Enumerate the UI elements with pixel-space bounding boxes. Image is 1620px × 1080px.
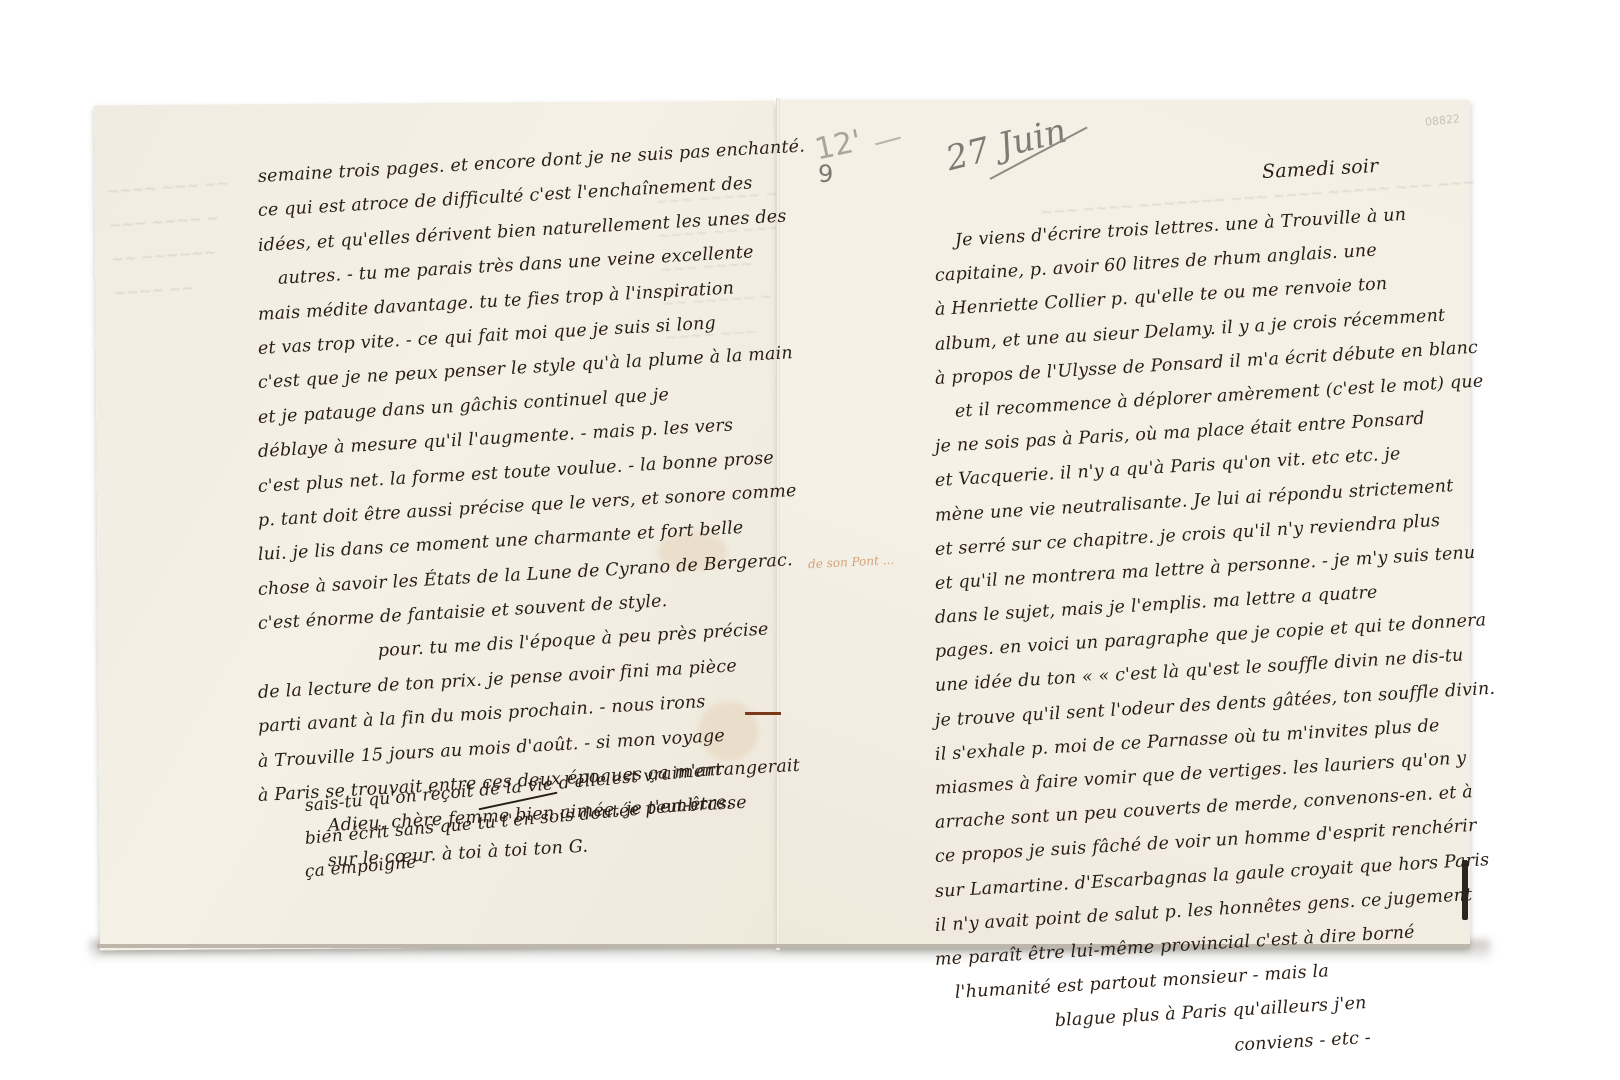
right-page-text: Je viens d'écrire trois lettres. une à T… (935, 225, 1496, 1080)
photo-stage: ~~~~ ~~~ ~~~~~ ~~~~ ~~~ ~~~~~~~~~~ ~~ ~~… (0, 0, 1620, 1080)
ink-flourish (745, 712, 781, 715)
sheet-number: 9 (818, 160, 833, 188)
postscript: sais-tu qu'on reçoit de la vie d'elle es… (305, 790, 733, 889)
